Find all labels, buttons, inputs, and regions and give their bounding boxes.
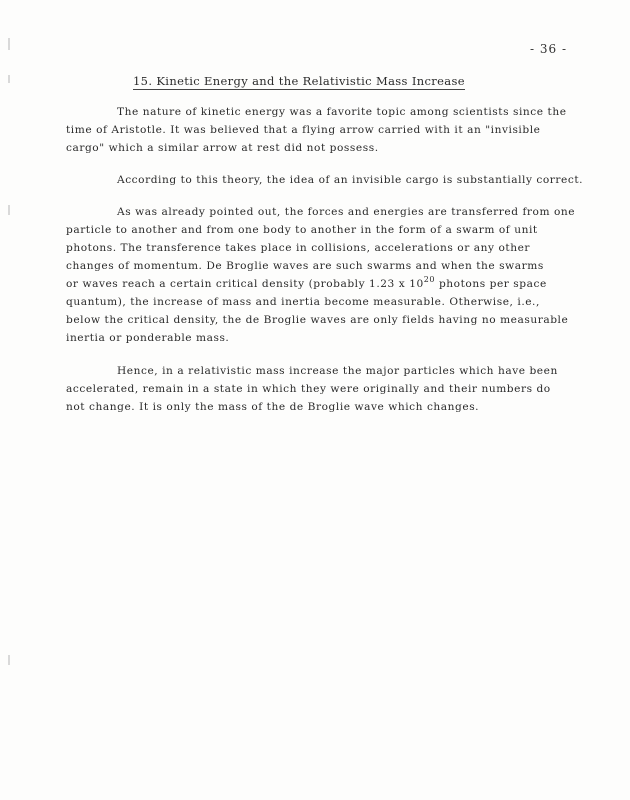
scan-artifact bbox=[8, 205, 10, 215]
paragraph-3-line-with-exponent: or waves reach a certain critical densit… bbox=[66, 277, 547, 291]
paragraph-3-line: below the critical density, the de Brogl… bbox=[66, 313, 568, 327]
paragraph-3-line: inertia or ponderable mass. bbox=[66, 331, 229, 345]
paragraph-4-line: not change. It is only the mass of the d… bbox=[66, 400, 479, 414]
paragraph-3-line: changes of momentum. De Broglie waves ar… bbox=[66, 259, 544, 273]
paragraph-3-line: particle to another and from one body to… bbox=[66, 223, 538, 237]
scan-artifact bbox=[8, 655, 10, 665]
paragraph-3-line: As was already pointed out, the forces a… bbox=[117, 205, 575, 219]
paragraph-3-line: photons. The transference takes place in… bbox=[66, 241, 530, 255]
paragraph-1-line: The nature of kinetic energy was a favor… bbox=[117, 105, 567, 119]
paragraph-1-line: cargo" which a similar arrow at rest did… bbox=[66, 141, 379, 155]
paragraph-4-line: Hence, in a relativistic mass increase t… bbox=[117, 364, 558, 378]
scan-artifact bbox=[8, 75, 10, 83]
paragraph-2-line: According to this theory, the idea of an… bbox=[117, 173, 583, 187]
paragraph-4-line: accelerated, remain in a state in which … bbox=[66, 382, 551, 396]
section-heading: 15. Kinetic Energy and the Relativistic … bbox=[133, 74, 465, 90]
line-text: or waves reach a certain critical densit… bbox=[66, 278, 424, 290]
paragraph-3-line: quantum), the increase of mass and inert… bbox=[66, 295, 540, 309]
line-text-tail: photons per space bbox=[435, 278, 547, 290]
scan-artifact bbox=[8, 38, 10, 50]
page-number: - 36 - bbox=[530, 42, 567, 56]
exponent: 20 bbox=[424, 275, 435, 284]
document-page: - 36 - 15. Kinetic Energy and the Relati… bbox=[0, 0, 630, 800]
paragraph-1-line: time of Aristotle. It was believed that … bbox=[66, 123, 540, 137]
